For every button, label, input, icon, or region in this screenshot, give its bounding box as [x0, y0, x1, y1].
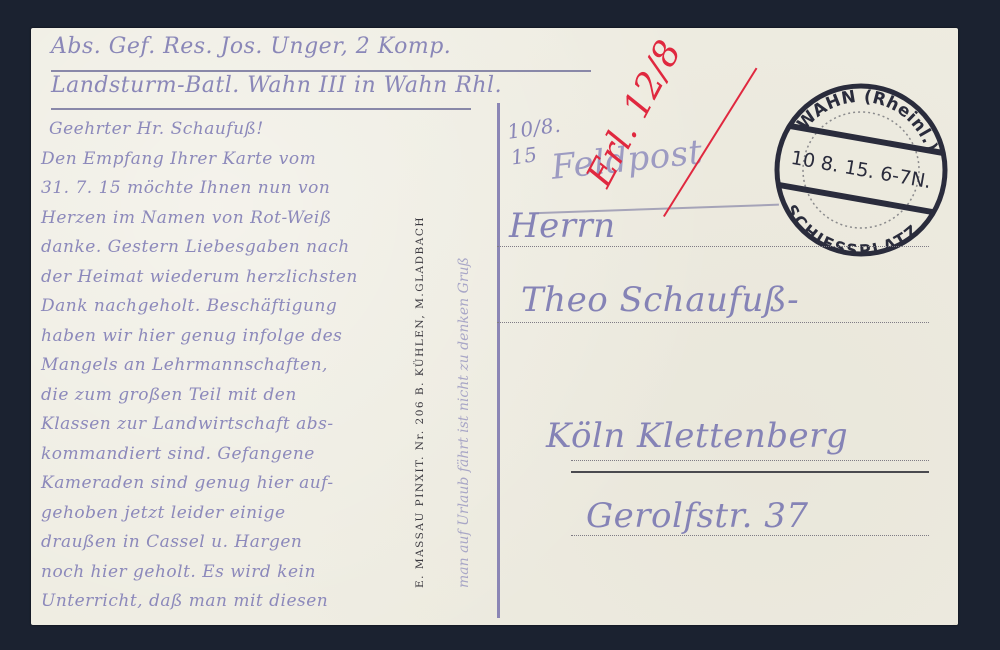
message-line: Klassen zur Landwirtschaft abs-: [41, 411, 334, 438]
message-line: Den Empfang Ihrer Karte vom: [41, 146, 316, 173]
sender-underline-1: [51, 70, 591, 72]
message-line: kommandiert sind. Gefangene: [41, 441, 315, 468]
card-corner-wear: [952, 623, 958, 625]
message-line: Dank nachgeholt. Beschäftigung: [41, 293, 337, 320]
address-line-2: [497, 322, 929, 323]
sender-line-1: Abs. Gef. Res. Jos. Unger, 2 Komp.: [51, 34, 451, 59]
postmark-date: 10 8. 15. 6-7N.: [789, 147, 933, 193]
recipient-salutation: Herrn: [509, 206, 616, 246]
address-line-1: [497, 246, 929, 247]
message-line: Geehrter Hr. Schaufuß!: [49, 116, 264, 143]
sender-line-2: Landsturm-Batl. Wahn III in Wahn Rhl.: [51, 73, 502, 98]
publisher-imprint: E. MASSAU PINXIT. Nr. 206 B. KÜHLEN, M.G…: [414, 216, 426, 588]
message-line: draußen in Cassel u. Hargen: [41, 529, 302, 556]
message-line: Herzen im Namen von Rot-Weiß: [41, 205, 332, 232]
postmark: WAHN (Rheinl.) SCHIESSPLATZ 10 8. 15. 6-…: [763, 76, 958, 264]
message-line: der Heimat wiederum herzlichsten: [41, 264, 358, 291]
message-line: die zum großen Teil mit den: [41, 382, 297, 409]
message-line: Unterricht, daß man mit diesen: [41, 588, 328, 615]
margin-note: man auf Urlaub fährt ist nicht zu denken…: [456, 257, 472, 588]
address-line-4: [571, 535, 929, 536]
recipient-street: Gerolfstr. 37: [586, 496, 808, 536]
address-line-3: [571, 460, 929, 461]
postcard: Abs. Gef. Res. Jos. Unger, 2 Komp. Lands…: [31, 28, 958, 625]
message-line: Mangels an Lehrmannschaften,: [41, 352, 328, 379]
message-line: noch hier geholt. Es wird kein: [41, 559, 316, 586]
message-line: Kameraden sind genug hier auf-: [41, 470, 334, 497]
message-line: haben wir hier genug infolge des: [41, 323, 342, 350]
message-line: danke. Gestern Liebesgaben nach: [41, 234, 350, 261]
sender-underline-2: [51, 108, 471, 110]
message-line: gehoben jetzt leider einige: [41, 500, 286, 527]
recipient-city: Köln Klettenberg: [546, 416, 848, 456]
city-underline: [571, 471, 929, 473]
recipient-name: Theo Schaufuß-: [521, 280, 799, 320]
center-divider: [497, 103, 500, 618]
date-note: 10/8. 15: [506, 113, 553, 170]
message-line: 31. 7. 15 möchte Ihnen nun von: [41, 175, 330, 202]
